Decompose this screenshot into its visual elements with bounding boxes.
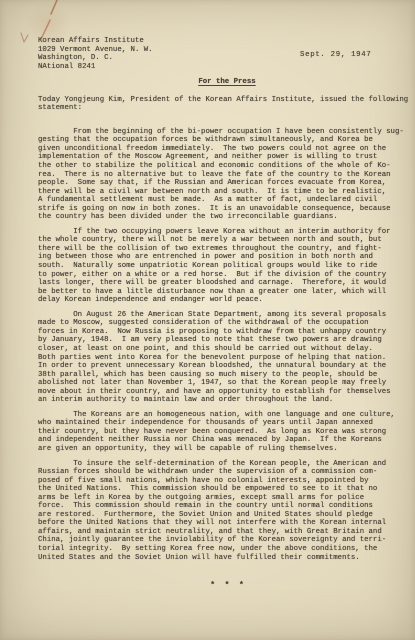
end-of-release-mark: * * *: [38, 582, 415, 591]
statement-paragraph: From the beginning of the bi-power occup…: [38, 128, 415, 222]
document-page: Sept. 29, 1947 Korean Affairs Institute …: [0, 0, 415, 640]
letterhead-city: Washington, D. C.: [38, 54, 415, 63]
statement-paragraph: If the two occupying powers leave Korea …: [38, 228, 415, 305]
letterhead-phone: NAtional 8241: [38, 63, 415, 72]
letterhead-organization: Korean Affairs Institute: [38, 37, 415, 46]
press-release-title: For the Press: [38, 78, 415, 87]
statement-paragraph: To insure the self-determination of the …: [38, 460, 415, 563]
intro-statement: Today Yongjeung Kim, President of the Ko…: [38, 96, 415, 113]
letterhead-address: 1029 Vermont Avenue, N. W.: [38, 46, 415, 55]
statement-paragraph: The Koreans are an homogeneous nation, w…: [38, 411, 415, 454]
letterhead: Korean Affairs Institute 1029 Vermont Av…: [38, 37, 415, 71]
statement-paragraph: On August 26 the American State Departme…: [38, 311, 415, 405]
document-content: Korean Affairs Institute 1029 Vermont Av…: [38, 37, 415, 591]
